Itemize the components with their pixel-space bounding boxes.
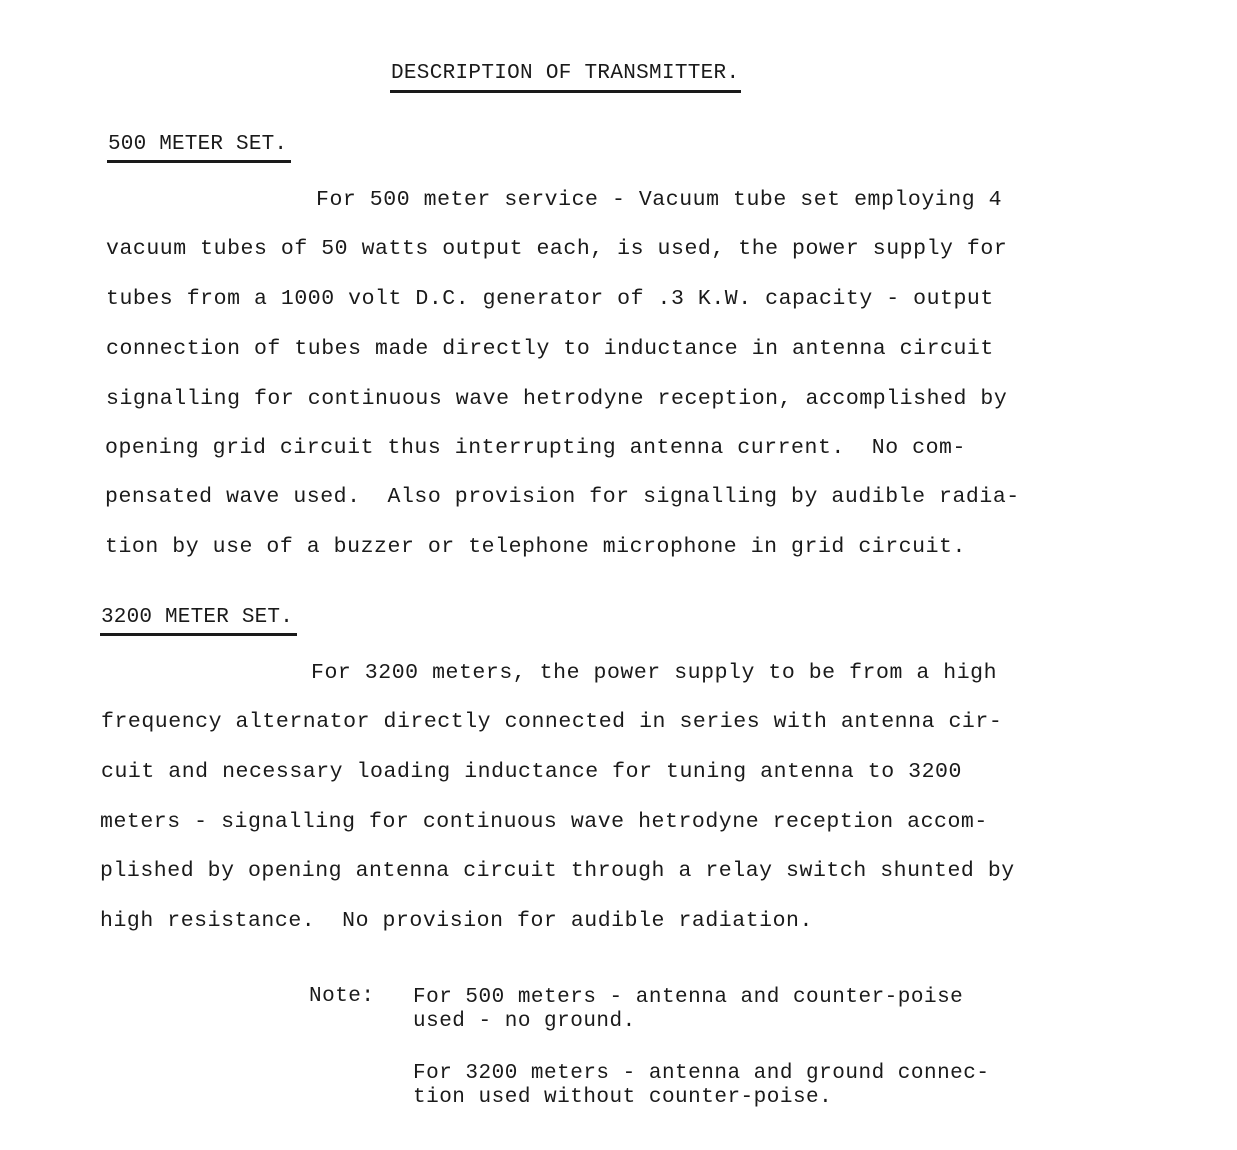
heading-underline xyxy=(100,633,297,636)
document-title: DESCRIPTION OF TRANSMITTER. xyxy=(391,62,739,85)
paragraph-line: high resistance. No provision for audibl… xyxy=(100,909,813,933)
note-line: For 500 meters - antenna and counter-poi… xyxy=(413,986,963,1009)
heading-underline xyxy=(107,160,291,163)
paragraph-line: plished by opening antenna circuit throu… xyxy=(100,859,1015,883)
paragraph-line: pensated wave used. Also provision for s… xyxy=(105,485,1020,509)
paragraph-line: tubes from a 1000 volt D.C. generator of… xyxy=(106,287,994,311)
section-heading-3200-meter: 3200 METER SET. xyxy=(101,606,293,629)
paragraph-line: For 3200 meters, the power supply to be … xyxy=(311,661,997,685)
paragraph-line: meters - signalling for continuous wave … xyxy=(100,810,988,834)
title-underline xyxy=(390,90,741,93)
note-label: Note: xyxy=(309,985,375,1008)
document-title-text: DESCRIPTION OF TRANSMITTER. xyxy=(391,62,739,85)
note-line: used - no ground. xyxy=(413,1010,636,1033)
paragraph-line: signalling for continuous wave hetrodyne… xyxy=(106,387,1007,411)
note-line: tion used without counter-poise. xyxy=(413,1086,832,1109)
paragraph-line: vacuum tubes of 50 watts output each, is… xyxy=(106,237,1007,261)
section-heading-text: 500 METER SET. xyxy=(108,133,287,156)
paragraph-line: For 500 meter service - Vacuum tube set … xyxy=(316,188,1002,212)
note-line: For 3200 meters - antenna and ground con… xyxy=(413,1062,990,1085)
section-heading-text: 3200 METER SET. xyxy=(101,606,293,629)
paragraph-line: opening grid circuit thus interrupting a… xyxy=(105,436,966,460)
paragraph-line: cuit and necessary loading inductance fo… xyxy=(101,760,962,784)
section-heading-500-meter: 500 METER SET. xyxy=(108,133,287,156)
paragraph-line: frequency alternator directly connected … xyxy=(101,710,1002,734)
paragraph-line: connection of tubes made directly to ind… xyxy=(106,337,994,361)
paragraph-line: tion by use of a buzzer or telephone mic… xyxy=(105,535,966,559)
